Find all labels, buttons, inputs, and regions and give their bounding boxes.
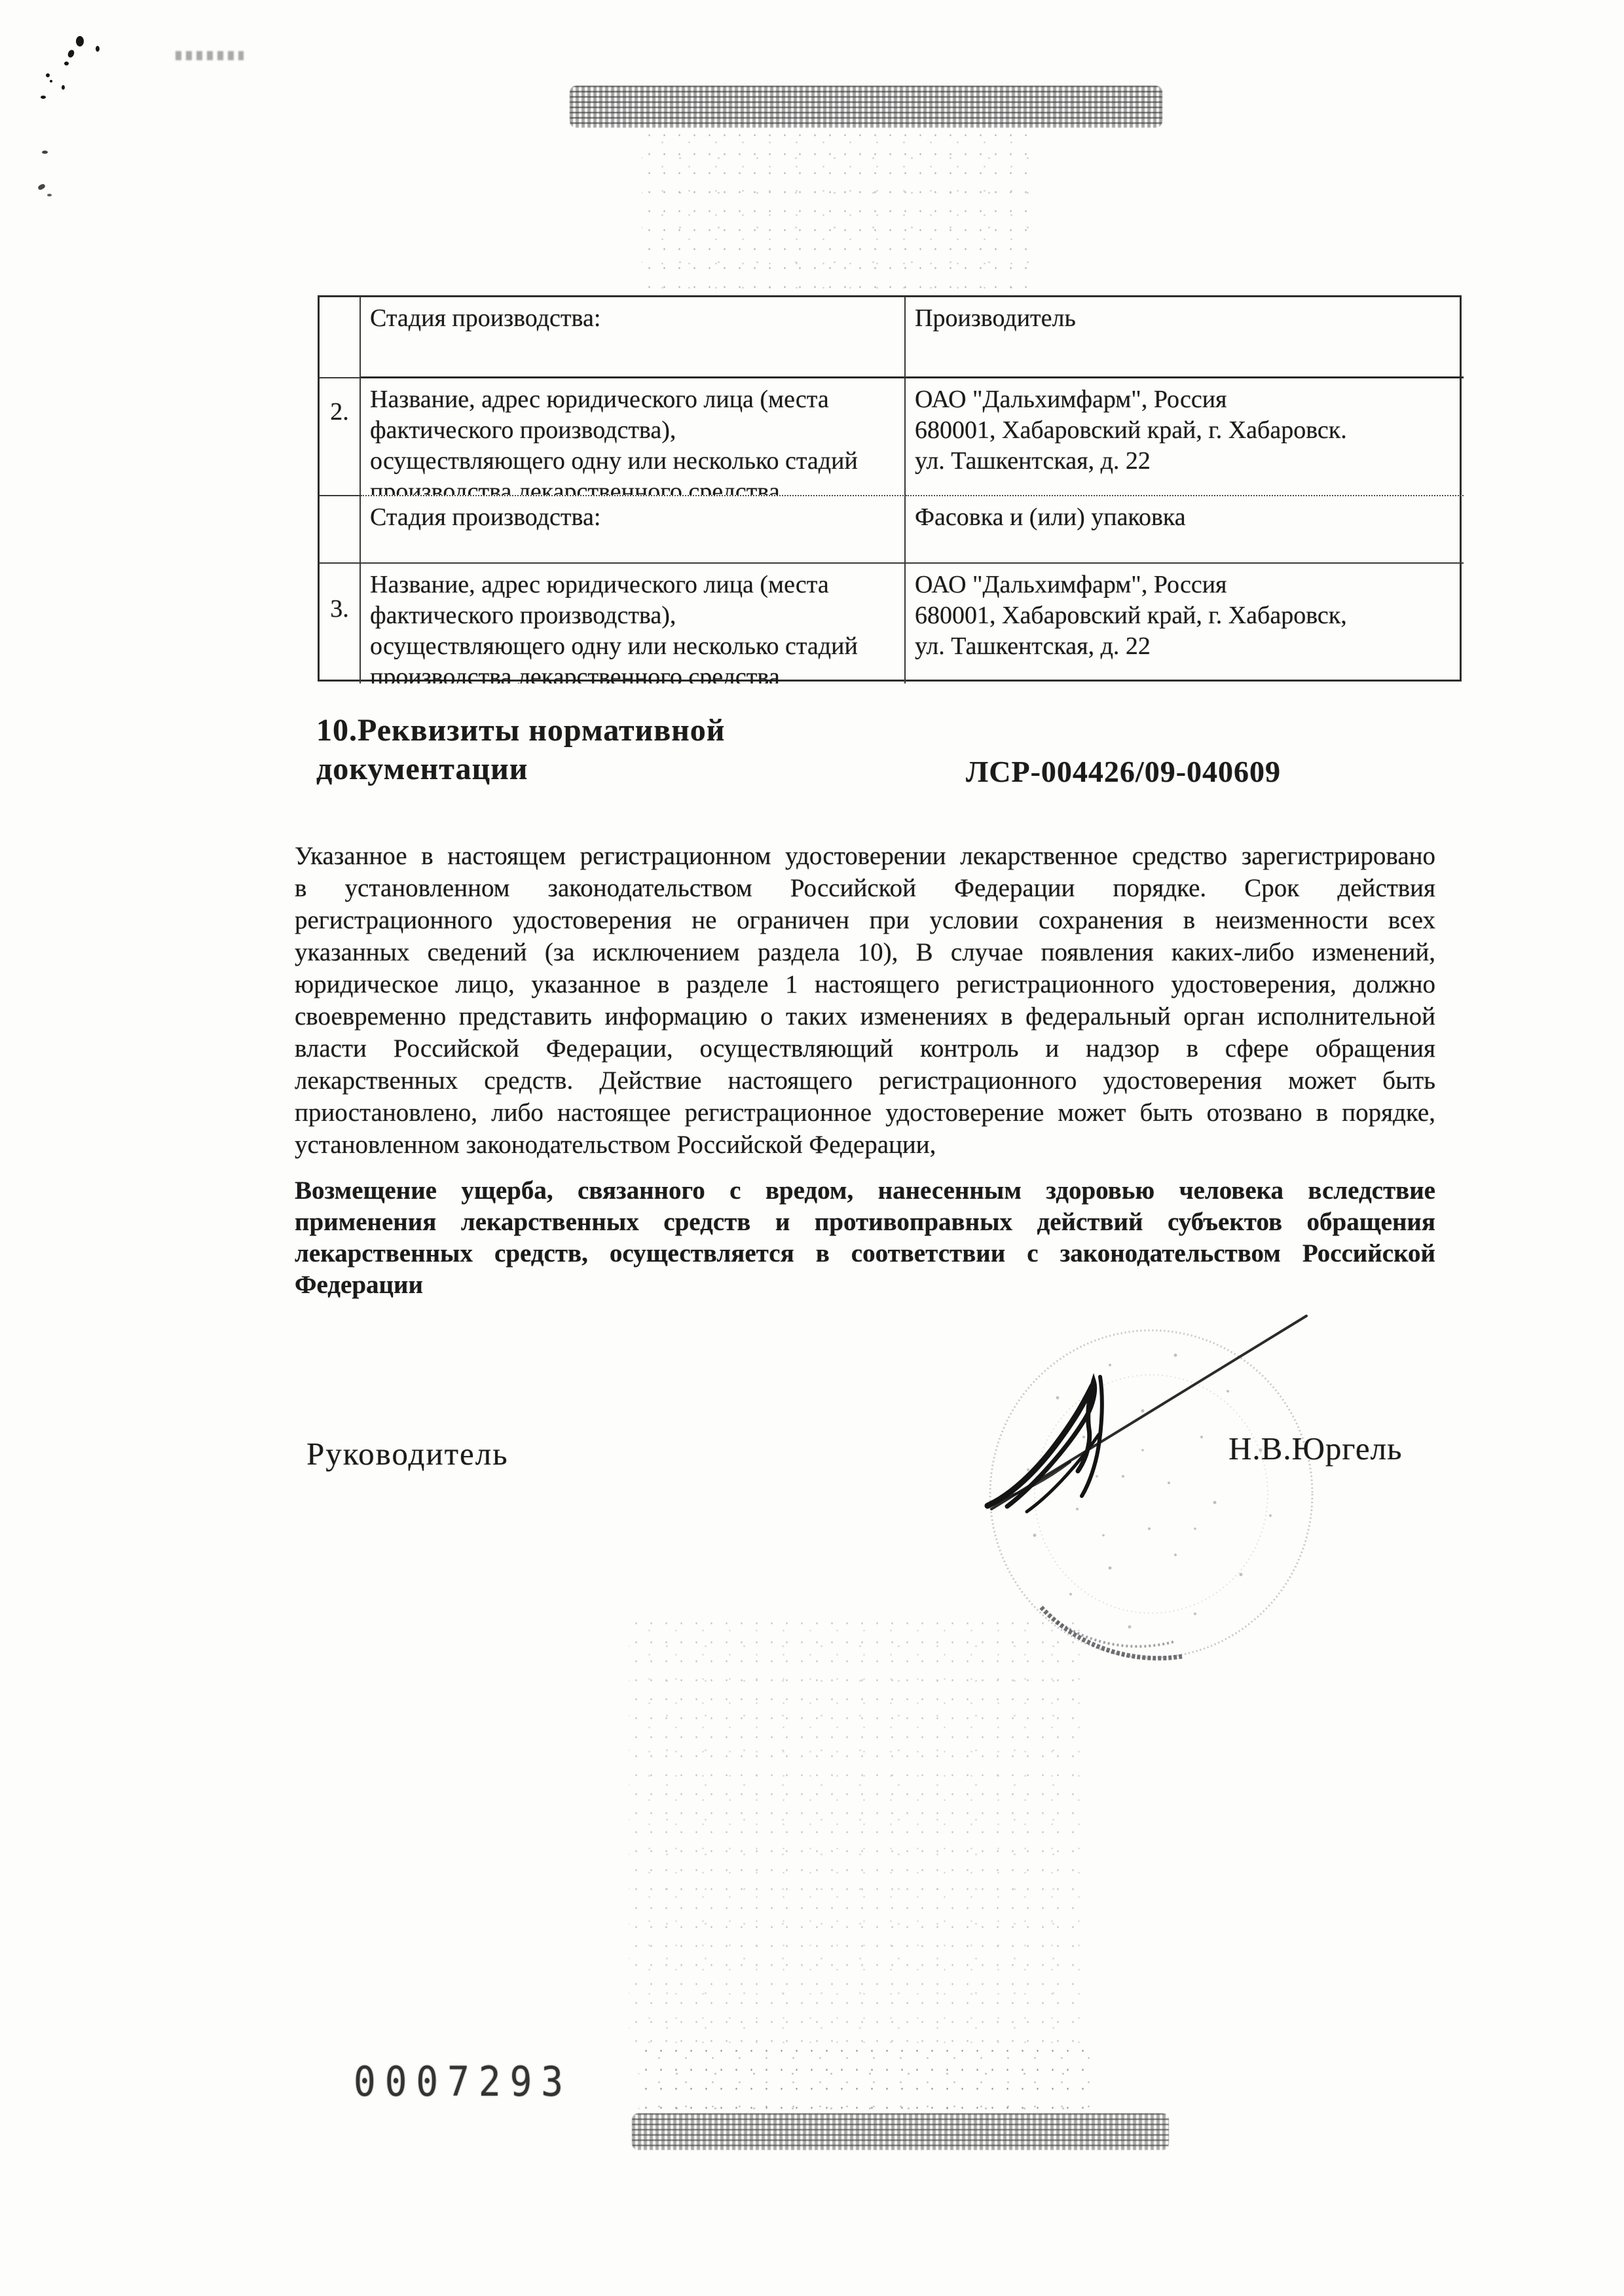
table-row-number (320, 297, 361, 378)
paragraph-registration-terms: Указанное в настоящем регистрационном уд… (295, 840, 1435, 1161)
table-row-number: 2. (320, 378, 361, 496)
table-cell-legal-entity-label: Название, адрес юридического лица (места… (361, 564, 906, 683)
scan-smudge-bottom (632, 2113, 1169, 2150)
table-cell-line: ОАО "Дальхимфарм", Россия (915, 570, 1457, 600)
table-cell-producer-address: ОАО "Дальхимфарм", Россия680001, Хабаров… (906, 378, 1464, 496)
table-row-number (320, 496, 361, 564)
paragraph-line: лекарственных средств, осуществляется в … (295, 1238, 1435, 1269)
signer-name: Н.В.Юргель (1228, 1430, 1402, 1467)
table-cell-line: производства лекарственного средства (370, 477, 898, 496)
paragraph-line: Указанное в настоящем регистрационном уд… (295, 840, 1435, 872)
section-10-heading: 10.Реквизиты нормативной документации (316, 711, 814, 788)
paragraph-line: власти Российской Федерации, осуществляю… (295, 1032, 1435, 1065)
table-cell-line: 680001, Хабаровский край, г. Хабаровск, (915, 600, 1457, 631)
production-stages-table: Стадия производства: Производитель 2. На… (318, 295, 1462, 682)
table-cell-line: фактического производства), (370, 415, 898, 446)
scan-smudge-top (570, 86, 1162, 128)
table-cell-stage-label: Стадия производства: (361, 496, 906, 564)
table-cell-line: Фасовка и (или) упаковка (915, 502, 1457, 533)
table-cell-legal-entity-label: Название, адрес юридического лица (места… (361, 378, 906, 496)
table-row-number: 3. (320, 564, 361, 683)
scan-speckle-cloud-bottom (638, 2041, 1090, 2115)
table-cell-line: фактического производства), (370, 600, 898, 631)
serial-number: 0007293 (354, 2058, 572, 2106)
table-cell-stage-value: Фасовка и (или) упаковка (906, 496, 1464, 564)
table-cell-line: Название, адрес юридического лица (места (370, 384, 898, 415)
paragraph-line: своевременно представить информацию о та… (295, 1000, 1435, 1032)
table-cell-line: производства лекарственного средства (370, 662, 898, 683)
paragraph-line: юридическое лицо, указанное в разделе 1 … (295, 968, 1435, 1000)
paragraph-line: лекарственных средств. Действие настояще… (295, 1065, 1435, 1097)
table-cell-producer-address: ОАО "Дальхимфарм", Россия680001, Хабаров… (906, 564, 1464, 683)
paragraph-line: приостановлено, либо настоящее регистрац… (295, 1097, 1435, 1129)
paragraph-line: установленном законодательством Российск… (295, 1129, 1435, 1161)
paragraph-liability: Возмещение ущерба, связанного с вредом, … (295, 1175, 1435, 1301)
stage-label-text: Стадия производства: (370, 503, 600, 531)
table-cell-line: осуществляющего одну или несколько стади… (370, 631, 898, 662)
table-cell-line: Производитель (915, 303, 1457, 334)
table-cell-line: осуществляющего одну или несколько стади… (370, 446, 898, 477)
table-cell-line: ОАО "Дальхимфарм", Россия (915, 384, 1457, 415)
section-10-heading-line2: документации (316, 750, 814, 788)
table-cell-line: ул. Ташкентская, д. 22 (915, 446, 1457, 477)
scan-speckle-column-bottom (629, 1614, 1087, 2059)
section-10-heading-line1: 10.Реквизиты нормативной (316, 711, 814, 750)
registration-number: ЛСР-004426/09-040609 (966, 754, 1281, 789)
scan-speckle-column-top (642, 126, 1035, 295)
paragraph-line: регистрационного удостоверения не ограни… (295, 904, 1435, 936)
table-cell-producer-header: Производитель (906, 297, 1464, 378)
table-cell-line: Название, адрес юридического лица (места (370, 570, 898, 600)
stage-label-text: Стадия производства: (370, 304, 600, 332)
paragraph-line: указанных сведений (за исключением разде… (295, 936, 1435, 968)
paragraph-line: Возмещение ущерба, связанного с вредом, … (295, 1175, 1435, 1207)
role-label: Руководитель (306, 1435, 509, 1472)
table-cell-line: ул. Ташкентская, д. 22 (915, 631, 1457, 662)
table-cell-line: 680001, Хабаровский край, г. Хабаровск. (915, 415, 1457, 446)
table-cell-stage-label: Стадия производства: (361, 297, 906, 378)
paragraph-line: в установленном законодательством Россий… (295, 872, 1435, 904)
paragraph-line: применения лекарственных средств и проти… (295, 1207, 1435, 1238)
scanned-certificate-page: Стадия производства: Производитель 2. На… (0, 0, 1624, 2296)
